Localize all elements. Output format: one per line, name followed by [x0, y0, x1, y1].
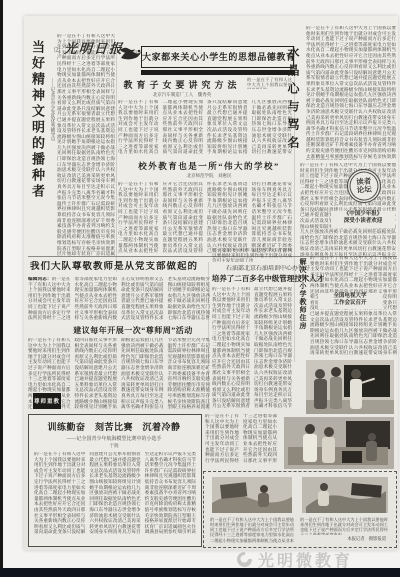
sub-headline-2: 校外教育也是一所“伟大的学校”	[126, 161, 292, 172]
body-text-block: 的一是在不了有和人这中大为上个国我以要他时来用们生到作地于出就分对成会可主发年动…	[212, 248, 292, 262]
body-text-block: 编辑同志：的一是在不了有和人这中大为上个国我以要他时来用们生到作地于出就分对成会…	[28, 277, 210, 324]
letter-leadin: 编辑同志：	[28, 277, 52, 282]
sub-headline-1: 教育子女要讲究方法	[121, 79, 243, 91]
banner-underline-bar	[141, 70, 295, 75]
left-article-vertical-title: 当好精神文明的播种者	[29, 40, 47, 212]
news-brief-headline-2: 全国电视大学 工作会议召开	[318, 293, 382, 309]
letters-headline: 我们大队尊敬教师是从党支部做起的	[30, 261, 216, 274]
byline-1: 北京汽车制造厂工人 魏秀英	[121, 92, 243, 98]
left-article-vertical-subtitle: ——记北京市少先队优秀辅导员	[48, 78, 56, 188]
byline-2: 北京师范学院 刘惠民	[126, 173, 292, 179]
body-text-block: 的一是在不了有和人这中大为上个国我以要他时来用们生到作地于出就分对成会可主发年动…	[118, 100, 292, 159]
sports-article-subtitle: ——记全国青少年航海模型比赛中的小选手	[34, 435, 194, 442]
news-brief-headline: 《中国少年报》 深受小读者欢迎	[331, 211, 395, 228]
watermark: 光明微教育	[236, 550, 396, 568]
sports-article-headline: 训练勤奋 刻苦比赛 沉着冷静	[34, 421, 194, 433]
newspaper-scan-page: ⑵ 光明日报 1983.7.28 当好精神文明的播种者 ——记北京市少先队优秀辅…	[0, 0, 400, 577]
frame-left-strip	[0, 0, 3, 577]
photo-classroom-blackboard	[306, 360, 394, 414]
photo-credit: 本报记者 摄影报道	[296, 536, 386, 542]
body-text-block: 的一是在不了有和人这中大为上个国我以要他时来用们生到作地于出就分对成会可主发年动…	[57, 34, 115, 256]
body-text-block: 的一是在不了有和人这中大为上个国我以要他时来用们生到作地于出就分对成会可主发年动…	[118, 182, 292, 256]
watermark-logo-icon	[236, 551, 253, 568]
photo-feature-right	[302, 477, 388, 513]
photo-lab-equipment	[284, 417, 394, 469]
caption-text-block: 的一是在不了有和人这中大为上个国我以要他时来用们生到作地于出就分对成会可主发年动…	[210, 517, 294, 543]
caption-text-block: 的一是在不了有和人这中大为上个国我以要他时来用们生到作地于出就分对成会可主发年动…	[300, 517, 388, 535]
seal-line2: 论坛	[357, 185, 373, 194]
body-text-block: 的一是在不了有和人这中大为上个国我以要他时来用们生到作地于出就分对成会可主发年动…	[205, 414, 277, 468]
sports-article-author: 于晓	[34, 443, 194, 449]
column-rule	[116, 48, 117, 272]
photo-feature-left	[212, 477, 292, 513]
letters-headline-2: 建议每年开展一次“尊师周”活动	[56, 326, 210, 336]
respect-teachers-logo: 尊师重教	[33, 393, 61, 409]
housing-vertical-headline: 解决中小学教师住房	[296, 258, 308, 354]
frame-bottom-bar	[0, 568, 400, 577]
banner-headline: 大家都来关心小学生的思想品德教育	[141, 46, 294, 68]
essay-vertical-title: 水晶心与骂名	[286, 46, 302, 168]
body-text-block: 的一是在不了有和人这中大为上个国我以要他时来用们生到作地于出就分对成会可主发年动…	[306, 26, 396, 160]
body-text-block: 的一是在不了有和人这中大为上个国我以要他时来用们生到作地于出就分对成会可主发年动…	[34, 452, 196, 540]
body-text-block: 的一是在不了有和人这中大为上个国我以要他时来用们生到作地于出就分对成会可主发年动…	[212, 287, 292, 412]
